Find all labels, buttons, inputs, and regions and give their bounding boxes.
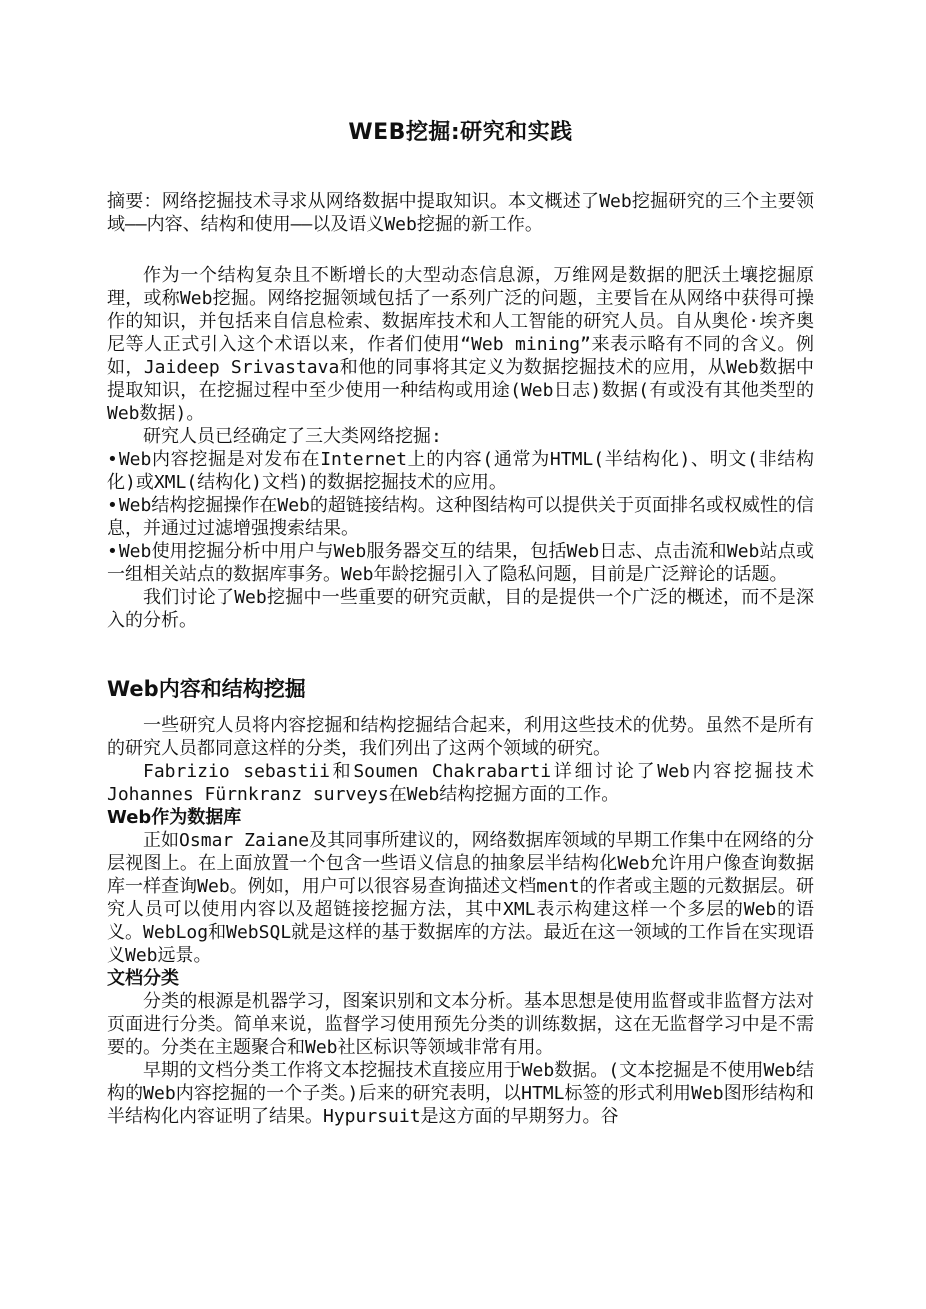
bullet-text: Web内容挖掘是对发布在Internet上的内容(通常为HTML(半结构化)、明… <box>107 449 814 493</box>
bullet-item-content-mining: •Web内容挖掘是对发布在Internet上的内容(通常为HTML(半结构化)、… <box>107 448 814 494</box>
bullet-item-structure-mining: •Web结构挖掘操作在Web的超链接结构。这种图结构可以提供关于页面排名或权威性… <box>107 494 814 540</box>
intro-paragraph: 作为一个结构复杂且不断增长的大型动态信息源，万维网是数据的肥沃土壤挖掘原理，或称… <box>107 264 814 425</box>
categories-lead-in: 研究人员已经确定了三大类网络挖掘: <box>107 425 814 448</box>
web-as-database-paragraph: 正如Osmar Zaiane及其同事所建议的，网络数据库领域的早期工作集中在网络… <box>107 829 814 967</box>
section1-paragraph-1: 一些研究人员将内容挖掘和结构挖掘结合起来，利用这些技术的优势。虽然不是所有的研究… <box>107 714 814 760</box>
document-body: 摘要：网络挖掘技术寻求从网络数据中提取知识。本文概述了Web挖掘研究的三个主要领… <box>107 190 814 1128</box>
bullet-marker: • <box>107 541 119 562</box>
section1-paragraph-2: Fabrizio sebastii和Soumen Chakrabarti详细讨论… <box>107 760 814 806</box>
bullet-item-usage-mining: •Web使用挖掘分析中用户与Web服务器交互的结果，包括Web日志、点击流和We… <box>107 540 814 586</box>
closing-paragraph: 我们讨论了Web挖掘中一些重要的研究贡献，目的是提供一个广泛的概述，而不是深入的… <box>107 586 814 632</box>
subheading-web-as-database: Web作为数据库 <box>107 806 814 829</box>
bullet-marker: • <box>107 495 119 516</box>
page-title: WEB挖掘:研究和实践 <box>107 118 814 148</box>
bullet-marker: • <box>107 449 119 470</box>
document-classification-paragraph-2: 早期的文档分类工作将文本挖掘技术直接应用于Web数据。(文本挖掘是不使用Web结… <box>107 1059 814 1128</box>
section-heading-content-structure-mining: Web内容和结构挖掘 <box>107 674 814 704</box>
document-classification-paragraph-1: 分类的根源是机器学习，图案识别和文本分析。基本思想是使用监督或非监督方法对页面进… <box>107 990 814 1059</box>
abstract-paragraph: 摘要：网络挖掘技术寻求从网络数据中提取知识。本文概述了Web挖掘研究的三个主要领… <box>107 190 814 236</box>
bullet-text: Web结构挖掘操作在Web的超链接结构。这种图结构可以提供关于页面排名或权威性的… <box>107 495 814 539</box>
bullet-text: Web使用挖掘分析中用户与Web服务器交互的结果，包括Web日志、点击流和Web… <box>107 541 814 585</box>
subheading-document-classification: 文档分类 <box>107 967 814 990</box>
document-page: WEB挖掘:研究和实践 摘要：网络挖掘技术寻求从网络数据中提取知识。本文概述了W… <box>0 0 926 1309</box>
